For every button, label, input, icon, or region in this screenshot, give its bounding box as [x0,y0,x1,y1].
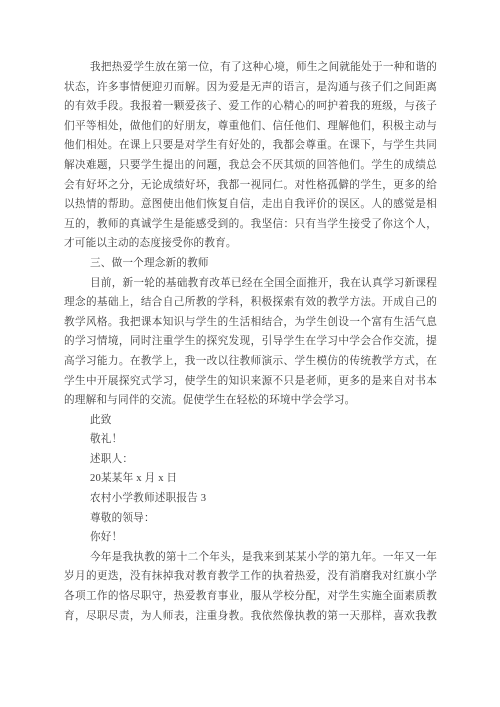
text-line: 他们相处。在课上只要是对学生有好处的，我都会尊重。在课下，与学生共同 [64,136,437,156]
text-line: 才可能以主动的态度接受你的教育。 [64,234,437,254]
document-page: 我把热爱学生放在第一位，有了这种心境，师生之间就能处于一种和谐的状态，许多事情便… [0,0,500,707]
text-line: 此致 [64,411,437,431]
text-line: 20某某年 x 月 x 日 [64,469,437,489]
text-line: 各项工作的恪尽职守，热爱教育事业，服从学校分配，对学生实施全面素质教 [64,587,437,607]
text-line: 以热情的帮助。意图使出他们恢复自信，走出自我评价的误区。人的感觉是相 [64,195,437,215]
text-line: 理念的基础上，结合自己所教的学科，积极探索有效的教学方法。开成自己的 [64,293,437,313]
text-line: 今年是我执教的第十二个年头，是我来到某某小学的第九年。一年又一年 [64,548,437,568]
text-line: 高学习能力。在教学上，我一改以往教师演示、学生模仿的传统教学方式，在 [64,352,437,372]
text-line: 们平等相处，做他们的好朋友，尊重他们、信任他们、理解他们，积极主动与 [64,117,437,137]
text-line: 你好！ [64,528,437,548]
text-line: 互的，教师的真诚学生是能感受到的。我坚信：只有当学生接受了你这个人， [64,215,437,235]
text-line: 述职人： [64,450,437,470]
text-line: 岁月的更迭，没有抹掉我对教育教学工作的执着热爱，没有消磨我对红旗小学 [64,567,437,587]
text-line: 我把热爱学生放在第一位，有了这种心境，师生之间就能处于一种和谐的 [64,58,437,78]
text-line: 敬礼！ [64,430,437,450]
text-line: 三、做一个理念新的教师 [64,254,437,274]
text-line: 状态，许多事情便迎刃而解。因为爱是无声的语言，是沟通与孩子们之间距离 [64,78,437,98]
text-line: 学生中开展探究式学习，使学生的知识来源不只是老师，更多的是来自对书本 [64,372,437,392]
text-line: 育，尽职尽责，为人师表，注重身教。我依然像执教的第一天那样，喜欢我教 [64,607,437,627]
text-line: 的有效手段。我报着一颗爱孩子、爱工作的心精心的呵护着我的班级，与孩子 [64,97,437,117]
text-line: 农村小学教师述职报告 3 [64,489,437,509]
text-line: 的学习情境，同时注重学生的探究发现，引导学生在学习中学会合作交流，提 [64,332,437,352]
text-line: 目前，新一轮的基础教育改革已经在全国全面推开，我在认真学习新课程 [64,274,437,294]
text-line: 会有好坏之分，无论成绩好坏，我都一视同仁。对性格孤僻的学生，更多的给 [64,176,437,196]
text-line: 的理解和与同伴的交流。促使学生在轻松的环境中学会学习。 [64,391,437,411]
text-line: 尊敬的领导： [64,509,437,529]
document-text: 我把热爱学生放在第一位，有了这种心境，师生之间就能处于一种和谐的状态，许多事情便… [64,58,437,626]
text-line: 教学风格。我把课本知识与学生的生活相结合，为学生创设一个富有生活气息 [64,313,437,333]
text-line: 解决难题，只要学生提出的问题，我总会不厌其烦的回答他们。学生的成绩总 [64,156,437,176]
